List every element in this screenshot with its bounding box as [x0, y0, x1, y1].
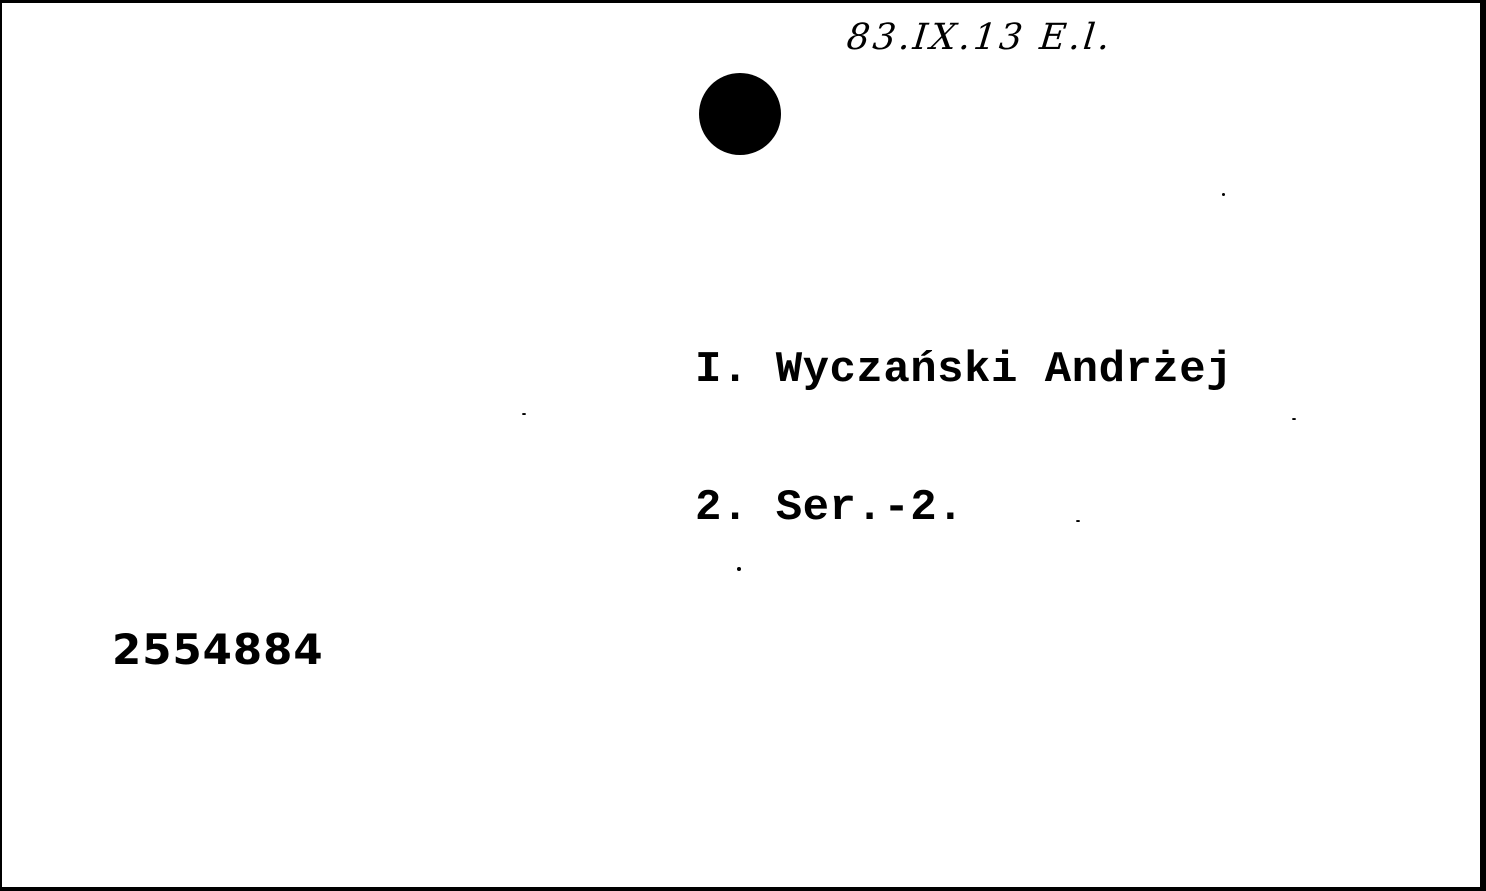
- speck: [1076, 520, 1080, 522]
- speck: [1222, 193, 1225, 196]
- handwritten-note: 83.IX.13 E.l.: [845, 17, 1115, 58]
- typed-line-author: I. Wyczański Andrżej: [695, 347, 1233, 393]
- catalog-number: 2554884: [112, 625, 324, 674]
- typed-line-series: 2. Ser.-2.: [695, 485, 1233, 531]
- catalog-card: 83.IX.13 E.l. I. Wyczański Andrżej 2. Se…: [2, 3, 1480, 887]
- speck: [737, 567, 741, 571]
- typed-entry: I. Wyczański Andrżej 2. Ser.-2.: [695, 255, 1233, 623]
- speck: [522, 413, 526, 415]
- speck: [1292, 418, 1296, 420]
- punch-hole-icon: [699, 73, 781, 155]
